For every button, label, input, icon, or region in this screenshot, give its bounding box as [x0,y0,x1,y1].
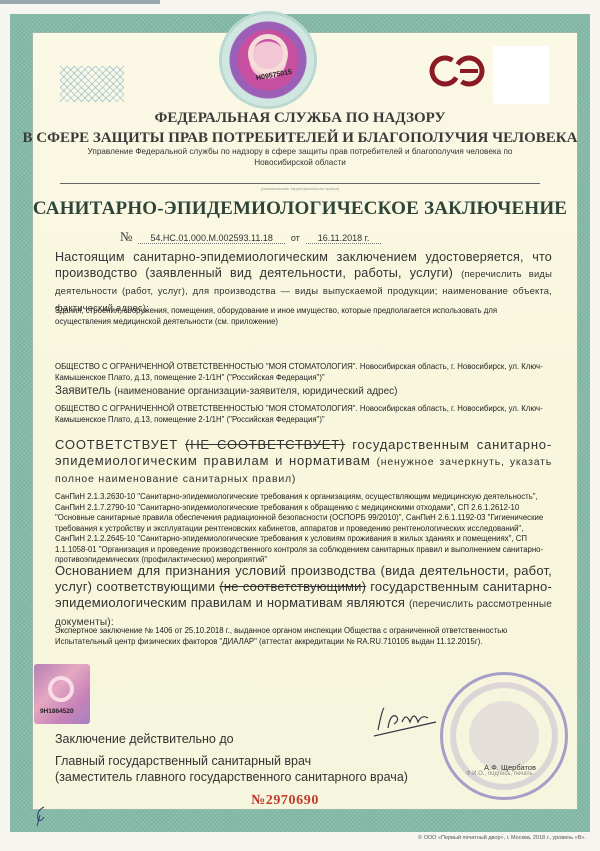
printer-note: © ООО «Первый печатный двор», г. Москва,… [418,835,586,841]
signer-caption: Ф.И.О., подпись, печать [466,771,532,777]
sanitary-rules: СанПиН 2.1.3.2630-10 "Санитарно-эпидемио… [55,492,552,566]
divider [60,183,540,184]
applicant-label: Заявитель [55,385,111,397]
valid-until-label: Заключение действительно до [55,732,234,746]
applicant-line: Заявитель (наименование организации-заяв… [55,385,552,397]
agency-title: ФЕДЕРАЛЬНАЯ СЛУЖБА ПО НАДЗОРУ В СФЕРЕ ЗА… [0,108,600,148]
conformity-paragraph: СООТВЕТСТВУЕТ (НЕ СООТВЕТСТВУЕТ) государ… [55,437,552,487]
guilloche-pattern [60,66,124,102]
initials-mark-icon [34,805,48,827]
emblem-icon [48,676,74,702]
agency-title-line2: В СФЕРЕ ЗАЩИТЫ ПРАВ ПОТРЕБИТЕЛЕЙ И БЛАГО… [0,128,600,148]
signature-icon [370,700,440,740]
blank-serial-number: №2970690 [0,793,600,809]
basis-struck: (не соответствующими) [219,579,366,594]
object-address: ОБЩЕСТВО С ОГРАНИЧЕННОЙ ОТВЕТСТВЕННОСТЬЮ… [55,362,552,383]
top-edge-bar [0,0,160,4]
document-number-line: № 54.НС.01.000.М.002593.11.18 от 16.11.2… [120,229,381,245]
agency-title-line1: ФЕДЕРАЛЬНАЯ СЛУЖБА ПО НАДЗОРУ [0,108,600,128]
activity-value: Здания, строения, сооружения, помещения,… [55,306,552,327]
emblem-icon [248,34,288,74]
conformity-status: СООТВЕТСТВУЕТ [55,437,178,452]
blank-white-patch [493,46,549,104]
number-label: № [120,229,132,245]
applicant-hint: (наименование организации-заявителя, юри… [114,386,397,397]
hologram-seal-top: H09575015 [222,14,314,106]
department-caption: (наименование территориального органа) [0,186,600,191]
document-date: 16.11.2018 г. [306,233,382,244]
chief-line2: (заместитель главного государственного с… [55,769,408,785]
conformity-struck: (НЕ СООТВЕТСТВУЕТ) [185,437,345,452]
hologram-serial-bottom: 9Н1864520 [40,708,74,715]
official-stamp [440,672,568,800]
department-name: Управление Федеральной службы по надзору… [60,146,540,168]
chief-doctor-title: Главный государственный санитарный врач … [55,753,408,785]
applicant-value: ОБЩЕСТВО С ОГРАНИЧЕННОЙ ОТВЕТСТВЕННОСТЬЮ… [55,404,552,425]
document-title: САНИТАРНО-ЭПИДЕМИОЛОГИЧЕСКОЕ ЗАКЛЮЧЕНИЕ [0,198,600,220]
hologram-seal-bottom: 9Н1864520 [34,664,90,724]
date-label: от [291,233,300,243]
document-number: 54.НС.01.000.М.002593.11.18 [138,233,284,244]
basis-paragraph: Основанием для признания условий произво… [55,563,552,631]
se-logo-icon [426,54,490,88]
basis-documents: Экспертное заключение № 1406 от 25.10.20… [55,626,552,647]
chief-line1: Главный государственный санитарный врач [55,753,408,769]
